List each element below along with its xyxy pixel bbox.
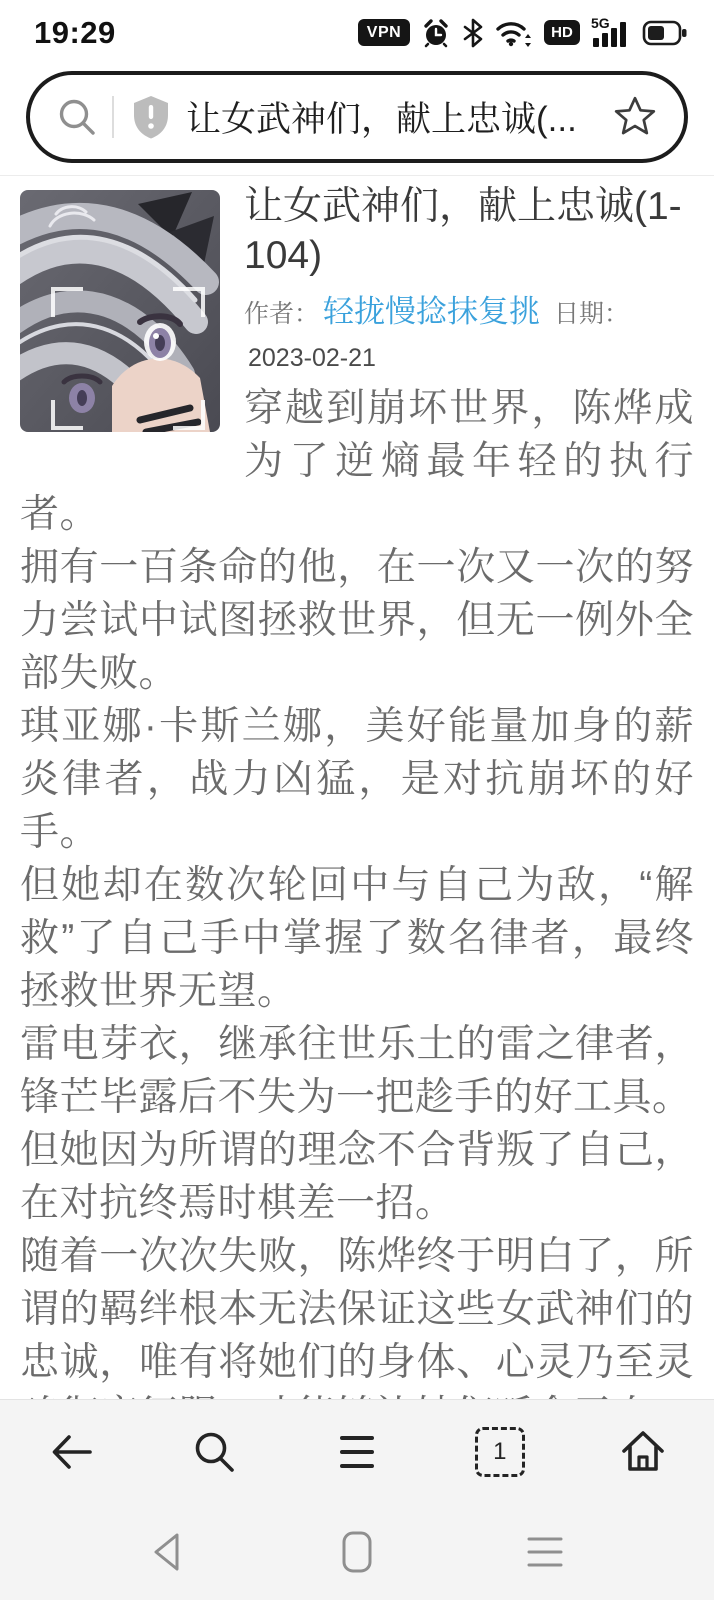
wifi-icon xyxy=(495,18,533,48)
description-paragraph: 拥有一百条命的他，在一次又一次的努力尝试中试图拯救世界，但无一例外全部失败。 xyxy=(20,541,694,700)
description-paragraph: 琪亚娜·卡斯兰娜，美好能量加身的薪炎律者，战力凶猛，是对抗崩坏的好手。 xyxy=(20,700,694,859)
battery-icon xyxy=(642,19,688,47)
browser-toolbar: 1 xyxy=(0,1399,714,1504)
tab-count-icon: 1 xyxy=(475,1427,525,1477)
search-button[interactable] xyxy=(143,1400,286,1504)
system-navigation-bar xyxy=(0,1504,714,1600)
system-back-button[interactable] xyxy=(134,1517,204,1587)
browser-address-row: 让女武神们，献上忠诚(... xyxy=(0,60,714,176)
author-label: 作者： xyxy=(244,300,319,328)
description-paragraph: 但她却在数次轮回中与自己为敌，“解救”了自己手中掌握了数名律者，最终拯救世界无望… xyxy=(20,859,694,1018)
book-cover-image[interactable] xyxy=(20,190,220,432)
author-link[interactable]: 轻拢慢捻抹复挑 xyxy=(323,294,540,329)
clock-time: 19:29 xyxy=(34,15,116,51)
site-security-shield-icon[interactable] xyxy=(130,94,172,140)
tabs-button[interactable]: 1 xyxy=(428,1400,571,1504)
vpn-badge-icon: VPN xyxy=(358,19,410,46)
description-paragraph: 但她因为所谓的理念不合背叛了自己，在对抗终焉时棋差一招。 xyxy=(20,1124,694,1230)
description-paragraph: 随着一次次失败，陈烨终于明白了，所谓的羁绊根本无法保证这些女武神们的忠诚，唯有将… xyxy=(20,1230,694,1399)
status-icons: VPN HD 5G xyxy=(358,17,688,49)
back-button[interactable] xyxy=(0,1400,143,1504)
divider xyxy=(112,96,114,138)
address-query-text[interactable]: 让女武神们，献上忠诚(... xyxy=(186,92,602,142)
date-label: 日期： xyxy=(554,300,629,328)
date-value: 2023-02-21 xyxy=(248,344,376,372)
description-paragraph: 雷电芽衣，继承往世乐土的雷之律者，锋芒毕露后不失为一把趁手的好工具。 xyxy=(20,1018,694,1124)
bluetooth-icon xyxy=(462,18,484,48)
status-bar: 19:29 VPN HD 5G xyxy=(0,0,714,60)
bookmark-star-icon[interactable] xyxy=(612,94,658,140)
system-recents-button[interactable] xyxy=(510,1517,580,1587)
page-content: 让女武神们，献上忠诚(1-104) 作者：轻拢慢捻抹复挑日期：2023-02-2… xyxy=(0,176,714,1399)
menu-button[interactable] xyxy=(286,1400,429,1504)
novel-description: 穿越到崩坏世界，陈烨成为了逆熵最年轻的执行者。拥有一百条命的他，在一次又一次的努… xyxy=(20,382,694,1399)
tab-count: 1 xyxy=(493,1438,506,1466)
address-bar[interactable]: 让女武神们，献上忠诚(... xyxy=(26,71,688,163)
home-button[interactable] xyxy=(571,1400,714,1504)
phone-screen: 19:29 VPN HD 5G xyxy=(0,0,714,1600)
alarm-clock-icon xyxy=(421,18,451,48)
system-home-button[interactable] xyxy=(322,1517,392,1587)
signal-5g-icon: 5G xyxy=(591,17,631,49)
search-icon xyxy=(56,96,98,138)
hd-badge-icon: HD xyxy=(544,20,580,45)
